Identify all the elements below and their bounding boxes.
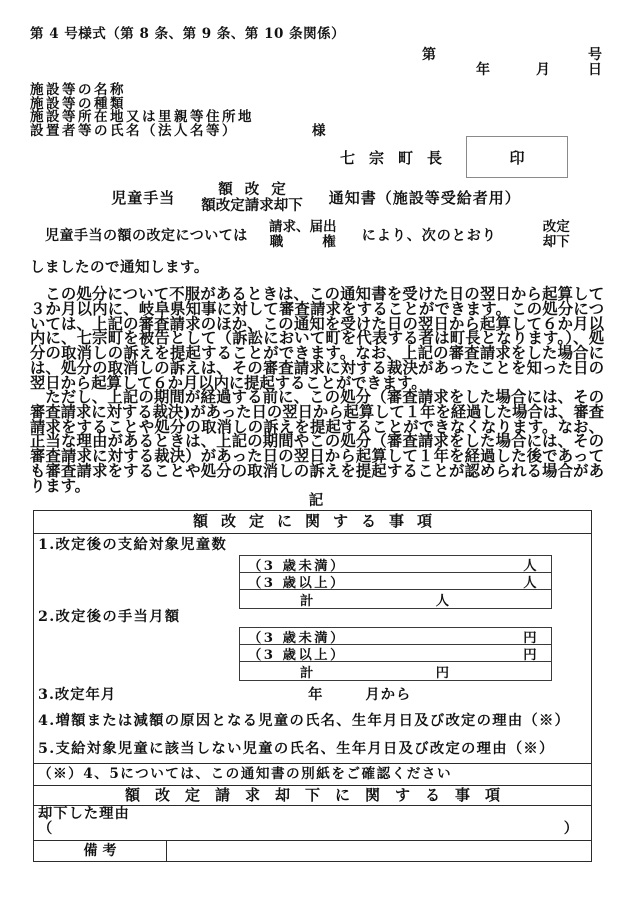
over3-label: （3 歳以上） [248, 572, 346, 591]
rejection-reason-label: 却下した理由 [38, 808, 578, 822]
appeal-paragraph-1: この処分について不服があるときは、この通知書を受けた日の翌日から起算して３か月以… [30, 287, 604, 390]
main-sentence: 児童手当の額の改定については 請求、届出 職 権 により、次のとおり 改定 却下 [30, 220, 602, 250]
form-page: 第 4 号様式（第 8 条、第 9 条、第 10 条関係） 第 号 年 月 日 … [0, 0, 630, 903]
appeal-paragraph-2: ただし、上記の期間が経過する前に、この処分（審査請求をした場合には、その審査請求… [30, 390, 604, 493]
seal-box: 印 [466, 136, 568, 178]
remarks-row: 備考 [34, 840, 591, 861]
over3-amount-unit: 円 [523, 644, 539, 663]
item4-label: 4.増額または減額の原因となる児童の氏名、生年月日及び改定の理由（※） [38, 714, 585, 729]
remarks-label: 備考 [34, 841, 167, 861]
document-title: 児童手当 額改定 額改定請求却下 通知書（施設等受給者用） [30, 182, 602, 213]
form-number-heading: 第 4 号様式（第 8 条、第 9 条、第 10 条関係） [30, 22, 602, 42]
amount-total-label: 計 [300, 662, 316, 681]
children-count-table: （3 歳未満） 人 （3 歳以上） 人 計 人 [239, 555, 552, 609]
title-left-label: 児童手当 [111, 187, 175, 208]
asterisk-note: （※）4、5については、この通知書の別紙をご確認ください [34, 763, 591, 785]
option-authority: 職 権 [262, 235, 344, 250]
item3-from-label: 月から [365, 688, 411, 703]
table-row: （3 歳以上） 人 [240, 573, 551, 590]
over3-amount-label: （3 歳以上） [248, 644, 346, 663]
issuer-line: 七宗町長 印 [30, 134, 602, 180]
item3-year-label: 年 [308, 688, 323, 703]
monthly-amount-table: （3 歳未満） 円 （3 歳以上） 円 計 円 [239, 627, 552, 681]
mayor-title-label: 七宗町長 [340, 147, 456, 168]
table-total-row: 計 円 [240, 662, 551, 680]
sentence-tail: しましたので通知します。 [30, 256, 602, 277]
recipient-block: 施設等の名称 施設等の種類 施設等所在地又は里親等住所地 設置者等の氏名（法人名… [30, 84, 602, 138]
date-month-label: 月 [536, 63, 550, 78]
doc-number-prefix: 第 [422, 48, 436, 63]
doc-number-suffix: 号 [588, 48, 602, 63]
sentence-option1-stack: 請求、届出 職 権 [262, 220, 344, 250]
total-label: 計 [300, 590, 316, 609]
item5-label: 5.支給対象児童に該当しない児童の氏名、生年月日及び改定の理由（※） [38, 742, 585, 757]
total-unit: 人 [436, 590, 452, 609]
title-option-stack: 額改定 額改定請求却下 [201, 182, 303, 213]
section2-header: 額改定請求却下に関する事項 [34, 785, 591, 806]
remarks-blank-field [167, 841, 591, 861]
option-rejected: 却下 [543, 235, 570, 250]
section1-header: 額改定に関する事項 [34, 511, 591, 534]
title-option-rejection: 額改定請求却下 [201, 198, 303, 214]
details-table: 額改定に関する事項 1.改定後の支給対象児童数 （3 歳未満） 人 （3 歳以上… [33, 510, 592, 862]
date-day-label: 日 [588, 63, 602, 78]
honorific-label: 様 [312, 125, 326, 139]
table-row: （3 歳以上） 円 [240, 645, 551, 662]
seal-label: 印 [509, 147, 524, 168]
title-option-revision: 額改定 [201, 182, 303, 198]
section1-content: 1.改定後の支給対象児童数 （3 歳未満） 人 （3 歳以上） 人 計 人 2.… [34, 534, 591, 763]
item2-label: 2.改定後の手当月額 [38, 610, 585, 625]
document-number-line: 第 号 [30, 48, 602, 63]
rejection-reason-blank-field: （ ） [38, 823, 578, 837]
title-right-label: 通知書（施設等受給者用） [329, 187, 521, 208]
table-row: （3 歳未満） 円 [240, 628, 551, 645]
table-row: （3 歳未満） 人 [240, 556, 551, 573]
item3-line: 3.改定年月 年 月から [38, 688, 585, 703]
paren-close: ） [564, 823, 578, 837]
date-line: 年 月 日 [30, 63, 602, 78]
option-revised: 改定 [543, 220, 570, 235]
appeal-information: この処分について不服があるときは、この通知書を受けた日の翌日から起算して３か月以… [30, 287, 604, 493]
sentence-lead: 児童手当の額の改定については [45, 225, 248, 245]
sentence-middle: により、次のとおり [362, 225, 497, 245]
table-total-row: 計 人 [240, 590, 551, 608]
founder-name-label: 設置者等の氏名（法人名等） [30, 125, 238, 139]
amount-total-unit: 円 [436, 662, 452, 681]
item1-label: 1.改定後の支給対象児童数 [38, 538, 585, 553]
sentence-option2-stack: 改定 却下 [543, 220, 570, 250]
paren-open: （ [38, 823, 52, 837]
ki-heading: 記 [30, 493, 602, 508]
over3-unit: 人 [523, 572, 539, 591]
rejection-reason-cell: 却下した理由 （ ） [34, 806, 591, 840]
date-year-label: 年 [476, 63, 490, 78]
item3-label: 3.改定年月 [38, 688, 116, 703]
